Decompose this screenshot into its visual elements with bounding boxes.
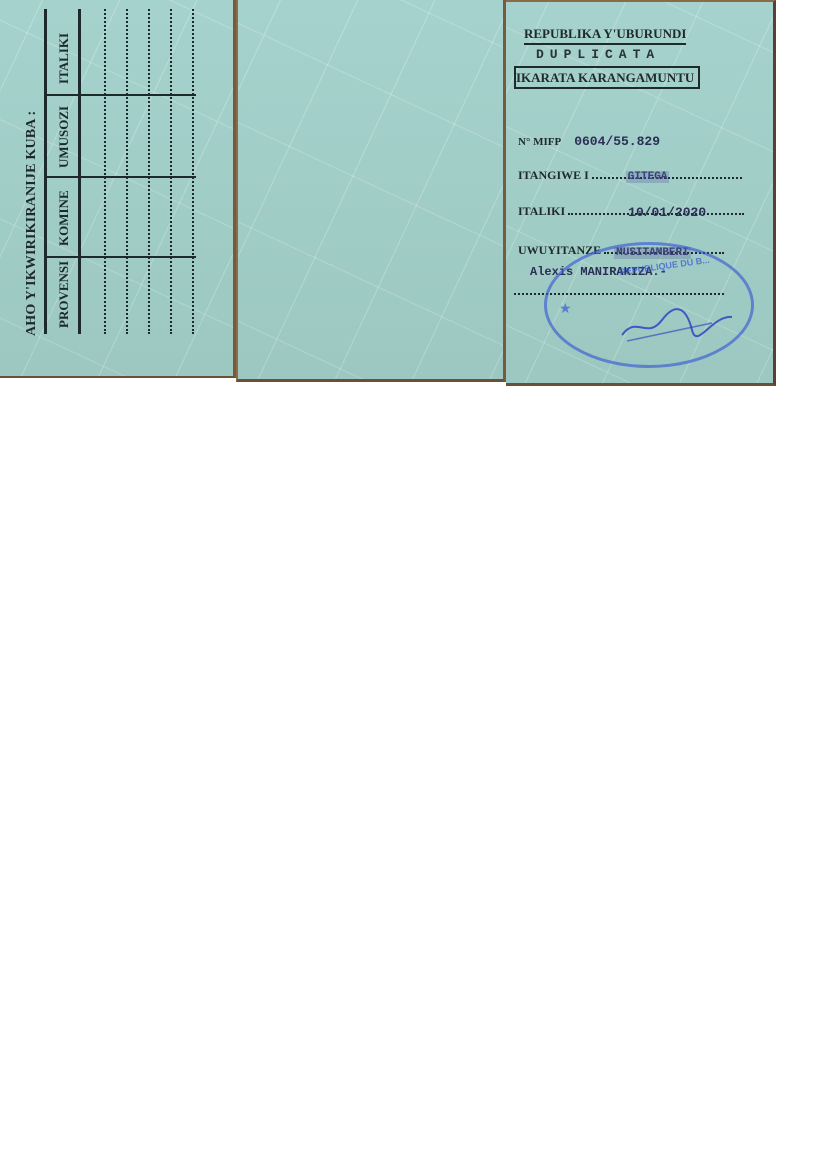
date-dotted-line: 10/01/2020 (568, 213, 744, 215)
registry-row-line (148, 9, 150, 334)
card-panel-right: REPUBLIKA Y'UBURUNDI DUPLICATA IKARATA K… (506, 0, 776, 386)
date-value: 10/01/2020 (628, 205, 706, 220)
field-issued-at: ITANGIWE I GITEGA (518, 168, 742, 183)
column-divider (46, 94, 196, 96)
registry-row-line (170, 9, 172, 334)
date-label: ITALIKI (518, 204, 565, 218)
registry-rule-header (78, 9, 81, 334)
stamp-text: REPUBLIQUE DU B... (619, 255, 711, 278)
registry-row-line (104, 9, 106, 334)
card-title: IKARATA KARANGAMUNTU (514, 66, 700, 89)
registry-title: AHO Y'IKWIRIKIRANIJE KUBA : (24, 111, 40, 336)
column-divider (46, 256, 196, 258)
identity-card-scan: AHO Y'IKWIRIKIRANIJE KUBA : PROVENSI KOM… (0, 0, 778, 388)
column-divider (46, 176, 196, 178)
registry-rule-top (44, 9, 47, 334)
registry-table-rotated: AHO Y'IKWIRIKIRANIJE KUBA : PROVENSI KOM… (6, 6, 232, 376)
issued-at-label: ITANGIWE I (518, 168, 589, 182)
field-card-number: N° MIFP 0604/55.829 (518, 134, 660, 149)
star-icon: ★ (559, 301, 572, 318)
card-number-label: N° MIFP (518, 136, 561, 148)
registry-row-line (192, 9, 194, 334)
column-header-komine: KOMINE (56, 190, 72, 246)
column-header-italiki: ITALIKI (56, 33, 72, 84)
issued-at-value: GITEGA (626, 171, 670, 183)
duplicate-label: DUPLICATA (536, 47, 660, 62)
card-panel-middle-blank (236, 0, 506, 382)
column-header-umusozi: UMUSOZI (56, 106, 72, 168)
country-title: REPUBLIKA Y'UBURUNDI (524, 26, 686, 45)
column-header-provensi: PROVENSI (56, 261, 72, 328)
registry-row-line (126, 9, 128, 334)
signature-icon (617, 305, 737, 345)
official-stamp: REPUBLIQUE DU B... ★ (544, 242, 754, 368)
card-number-value: 0604/55.829 (574, 134, 660, 149)
issued-at-dotted-line: GITEGA (592, 177, 742, 179)
field-date: ITALIKI 10/01/2020 (518, 204, 744, 219)
card-panel-left: AHO Y'IKWIRIKIRANIJE KUBA : PROVENSI KOM… (0, 0, 236, 378)
